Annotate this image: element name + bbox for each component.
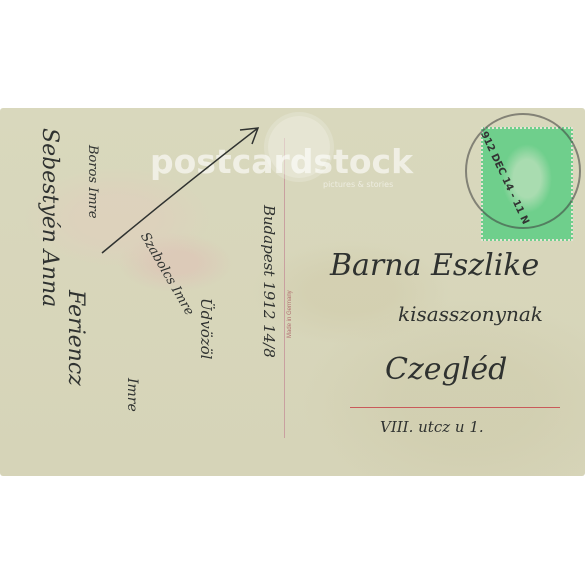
signature-col-1: Sebestyén Anna xyxy=(37,128,62,307)
address-line-4: VIII. utcz u 1. xyxy=(380,418,484,436)
address-underline xyxy=(350,407,560,408)
greeting-text: Üdvözöl xyxy=(197,298,215,359)
dateline: Budapest 1912 14/8 xyxy=(260,205,278,358)
address-line-1: Barna Eszlike xyxy=(330,248,539,283)
address-line-3: Czegléd xyxy=(385,352,507,387)
made-in-label: Made in Germany xyxy=(287,290,293,338)
center-divider xyxy=(284,138,285,438)
arrow-stroke xyxy=(100,118,270,268)
signature-col-4: Feriencz xyxy=(63,290,88,386)
address-line-2: kisasszonynak xyxy=(398,302,543,326)
signature-col-2: Boros Imre xyxy=(85,145,100,219)
watermark-tagline: pictures & stories xyxy=(323,180,393,189)
signature-text: Imre xyxy=(124,378,140,412)
